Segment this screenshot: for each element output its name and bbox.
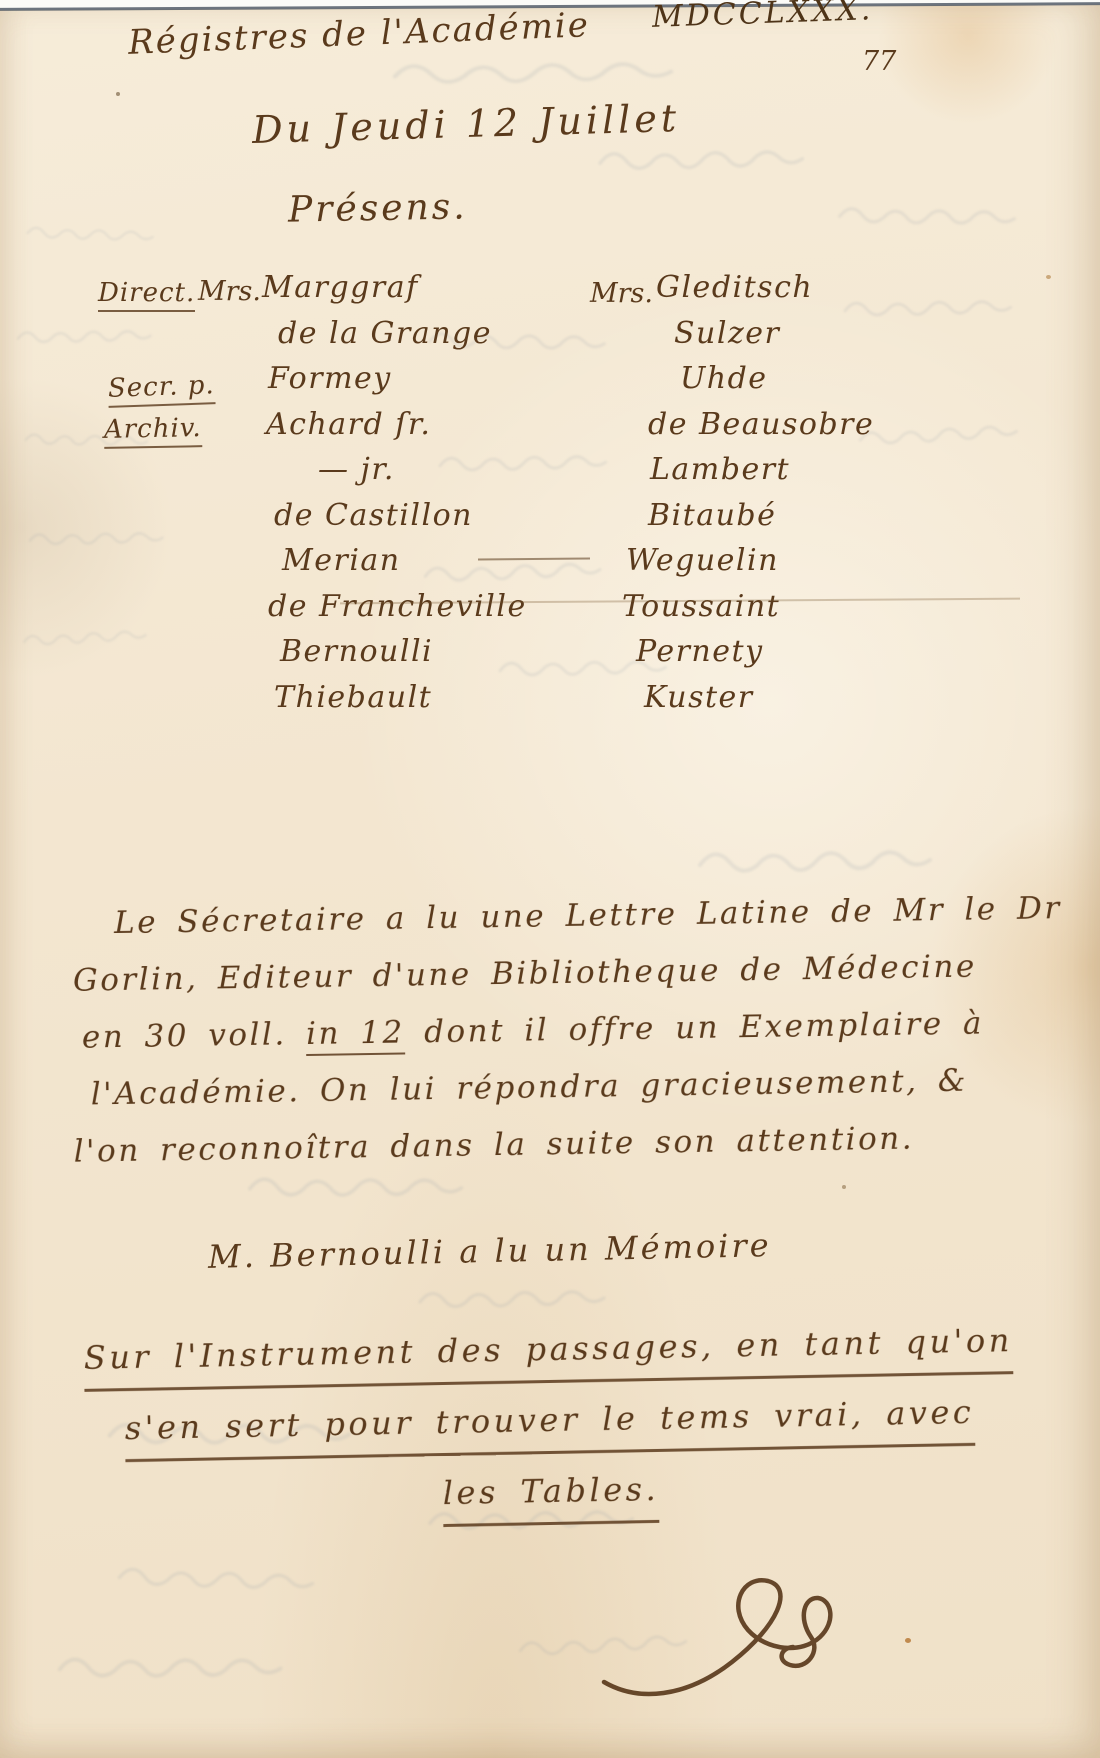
attendee-name: Pernety	[636, 634, 874, 680]
register-title: Régistres de l'Académie	[127, 5, 590, 63]
attendance-list: Direct. Secr. p. Archiv. Mrs. Mrs. Margg…	[0, 262, 1100, 732]
paragraph-segment: en 30 voll.	[82, 1016, 307, 1056]
memoir-title-line: Sur l'Instrument des passages, en tant q…	[84, 1321, 1014, 1392]
attendee-name: Gleditsch	[656, 270, 874, 316]
role-label-secretary: Secr. p.	[107, 370, 215, 408]
attendee-name: — jr.	[318, 452, 527, 498]
attendee-name: Lambert	[650, 452, 874, 498]
attendee-name: Merian	[282, 543, 527, 589]
attendee-name: Thiebault	[274, 680, 527, 726]
paper-speck	[1046, 275, 1051, 279]
session-date: Du Jeudi 12 Juillet	[251, 96, 680, 152]
attendee-name: Formey	[268, 361, 527, 407]
attendee-name: Sulzer	[674, 316, 874, 362]
present-heading: Présens.	[288, 186, 468, 230]
attendee-name: Bernoulli	[280, 634, 527, 680]
memoir-title: Sur l'Instrument des passages, en tant q…	[0, 1322, 1100, 1550]
paper-speck	[905, 1638, 911, 1643]
attendees-left-column: Marggrafde la GrangeFormeyAchard ſr.— jr…	[262, 270, 527, 725]
attendee-name: de la Grange	[278, 316, 527, 362]
separator-dash	[478, 558, 590, 561]
attendee-name: Weguelin	[626, 543, 874, 589]
attendee-name: Kuster	[644, 680, 874, 726]
paper-speck	[842, 1185, 846, 1189]
attendee-name: de Francheville	[268, 589, 527, 635]
attendee-name: Marggraf	[262, 270, 527, 316]
year-roman-numeral: MDCCLXXX.	[651, 0, 873, 35]
manuscript-page: Régistres de l'Académie MDCCLXXX. 77 Du …	[0, 0, 1100, 1758]
memoir-title-line: les Tables.	[442, 1470, 659, 1527]
left-column-prefix: Mrs.	[198, 276, 261, 307]
attendee-name: de Beausobre	[648, 407, 874, 453]
attendee-name: Achard ſr.	[266, 407, 527, 453]
memoir-title-line: s'en sert pour trouver le tems vrai, ave…	[125, 1393, 975, 1462]
paragraph-segment: dont il offre un Exemplaire à	[404, 1005, 984, 1050]
attendees-right-column: GleditschSulzerUhdede BeausobreLambertBi…	[648, 270, 874, 725]
page-number: 77	[862, 46, 896, 77]
paper-speck	[116, 92, 120, 96]
attendee-name: Uhde	[680, 361, 874, 407]
role-label-archivist: Archiv.	[104, 413, 202, 449]
letter-entry-paragraph: Le Sécretaire a lu une Lettre Latine de …	[80, 890, 1044, 1190]
attendee-name: Bitaubé	[648, 498, 874, 544]
underlined-format-note: in 12	[306, 1014, 405, 1056]
attendee-name: de Castillon	[274, 498, 527, 544]
role-label-director: Direct.	[98, 278, 195, 312]
right-column-prefix: Mrs.	[590, 278, 653, 309]
memoir-intro-line: M. Bernoulli a lu un Mémoire	[208, 1226, 772, 1276]
signature-flourish	[590, 1560, 900, 1740]
attendee-name: Toussaint	[622, 589, 874, 635]
